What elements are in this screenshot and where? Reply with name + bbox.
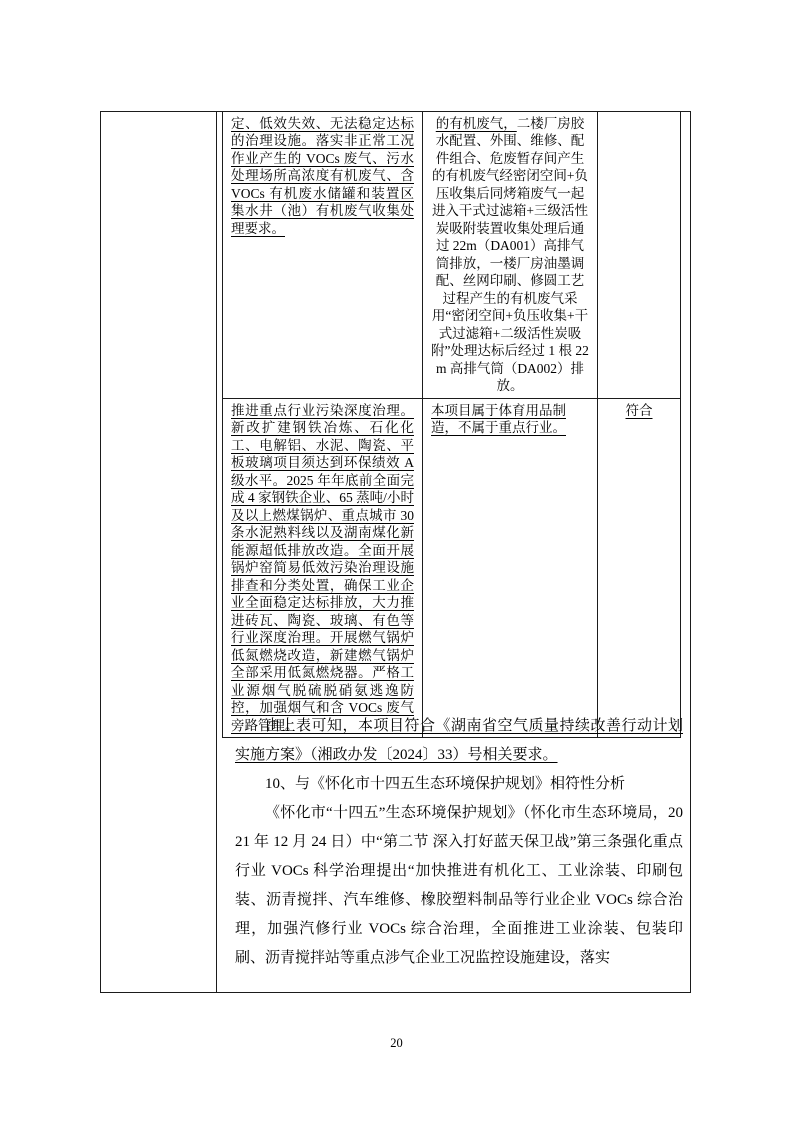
content-border-box: 定、低效失效、无法稳定达标的治理设施。落实非正常工况作业产生的 VOCs 废气、… — [100, 111, 691, 993]
page-number: 20 — [0, 1036, 793, 1051]
project-analysis-cell: 本项目属于体育用品制造，不属于重点行业。 — [423, 398, 598, 738]
paragraph-conclusion-text: 由上表可知，本项目符合《湖南省空气质量持续改善行动计划实施方案》（湘政办发〔20… — [235, 718, 683, 763]
section-heading: 10、与《怀化市十四五生态环境保护规划》相符性分析 — [235, 770, 683, 799]
table-row: 推进重点行业污染深度治理。新改扩建钢铁冶炼、石化化工、电解铝、水泥、陶瓷、平板玻… — [223, 398, 681, 738]
requirement-text: 定、低效失效、无法稳定达标的治理设施。落实非正常工况作业产生的 VOCs 废气、… — [231, 116, 414, 236]
analysis-text-underlined: 的有机废气， — [436, 116, 517, 131]
requirement-cell: 推进重点行业污染深度治理。新改扩建钢铁冶炼、石化化工、电解铝、水泥、陶瓷、平板玻… — [223, 398, 423, 738]
body-text-area: 由上表可知，本项目符合《湖南省空气质量持续改善行动计划实施方案》（湘政办发〔20… — [235, 712, 683, 973]
project-analysis-cell: 的有机废气，二楼厂房胶水配置、外围、维修、配件组合、危废暂存间产生的有机废气经密… — [423, 111, 598, 398]
table-row: 定、低效失效、无法稳定达标的治理设施。落实非正常工况作业产生的 VOCs 废气、… — [223, 111, 681, 398]
left-column-divider — [216, 112, 218, 992]
requirement-text: 推进重点行业污染深度治理。新改扩建钢铁冶炼、石化化工、电解铝、水泥、陶瓷、平板玻… — [231, 403, 414, 733]
paragraph-plan-analysis: 《怀化市“十四五”生态环境保护规划》（怀化市生态环境局，2021 年 12 月 … — [235, 799, 683, 973]
requirement-cell: 定、低效失效、无法稳定达标的治理设施。落实非正常工况作业产生的 VOCs 废气、… — [223, 111, 423, 398]
analysis-text: 二楼厂房胶水配置、外围、维修、配件组合、危废暂存间产生的有机废气经密闭空间+负压… — [431, 116, 589, 394]
paragraph-conclusion: 由上表可知，本项目符合《湖南省空气质量持续改善行动计划实施方案》（湘政办发〔20… — [235, 712, 683, 770]
compliance-table: 定、低效失效、无法稳定达标的治理设施。落实非正常工况作业产生的 VOCs 废气、… — [222, 111, 681, 739]
conclusion-cell: 符合 — [598, 398, 681, 738]
conclusion-text: 符合 — [626, 403, 653, 418]
conclusion-cell — [598, 111, 681, 398]
document-page: 定、低效失效、无法稳定达标的治理设施。落实非正常工况作业产生的 VOCs 废气、… — [0, 0, 793, 1122]
analysis-text: 本项目属于体育用品制造，不属于重点行业。 — [431, 403, 566, 436]
